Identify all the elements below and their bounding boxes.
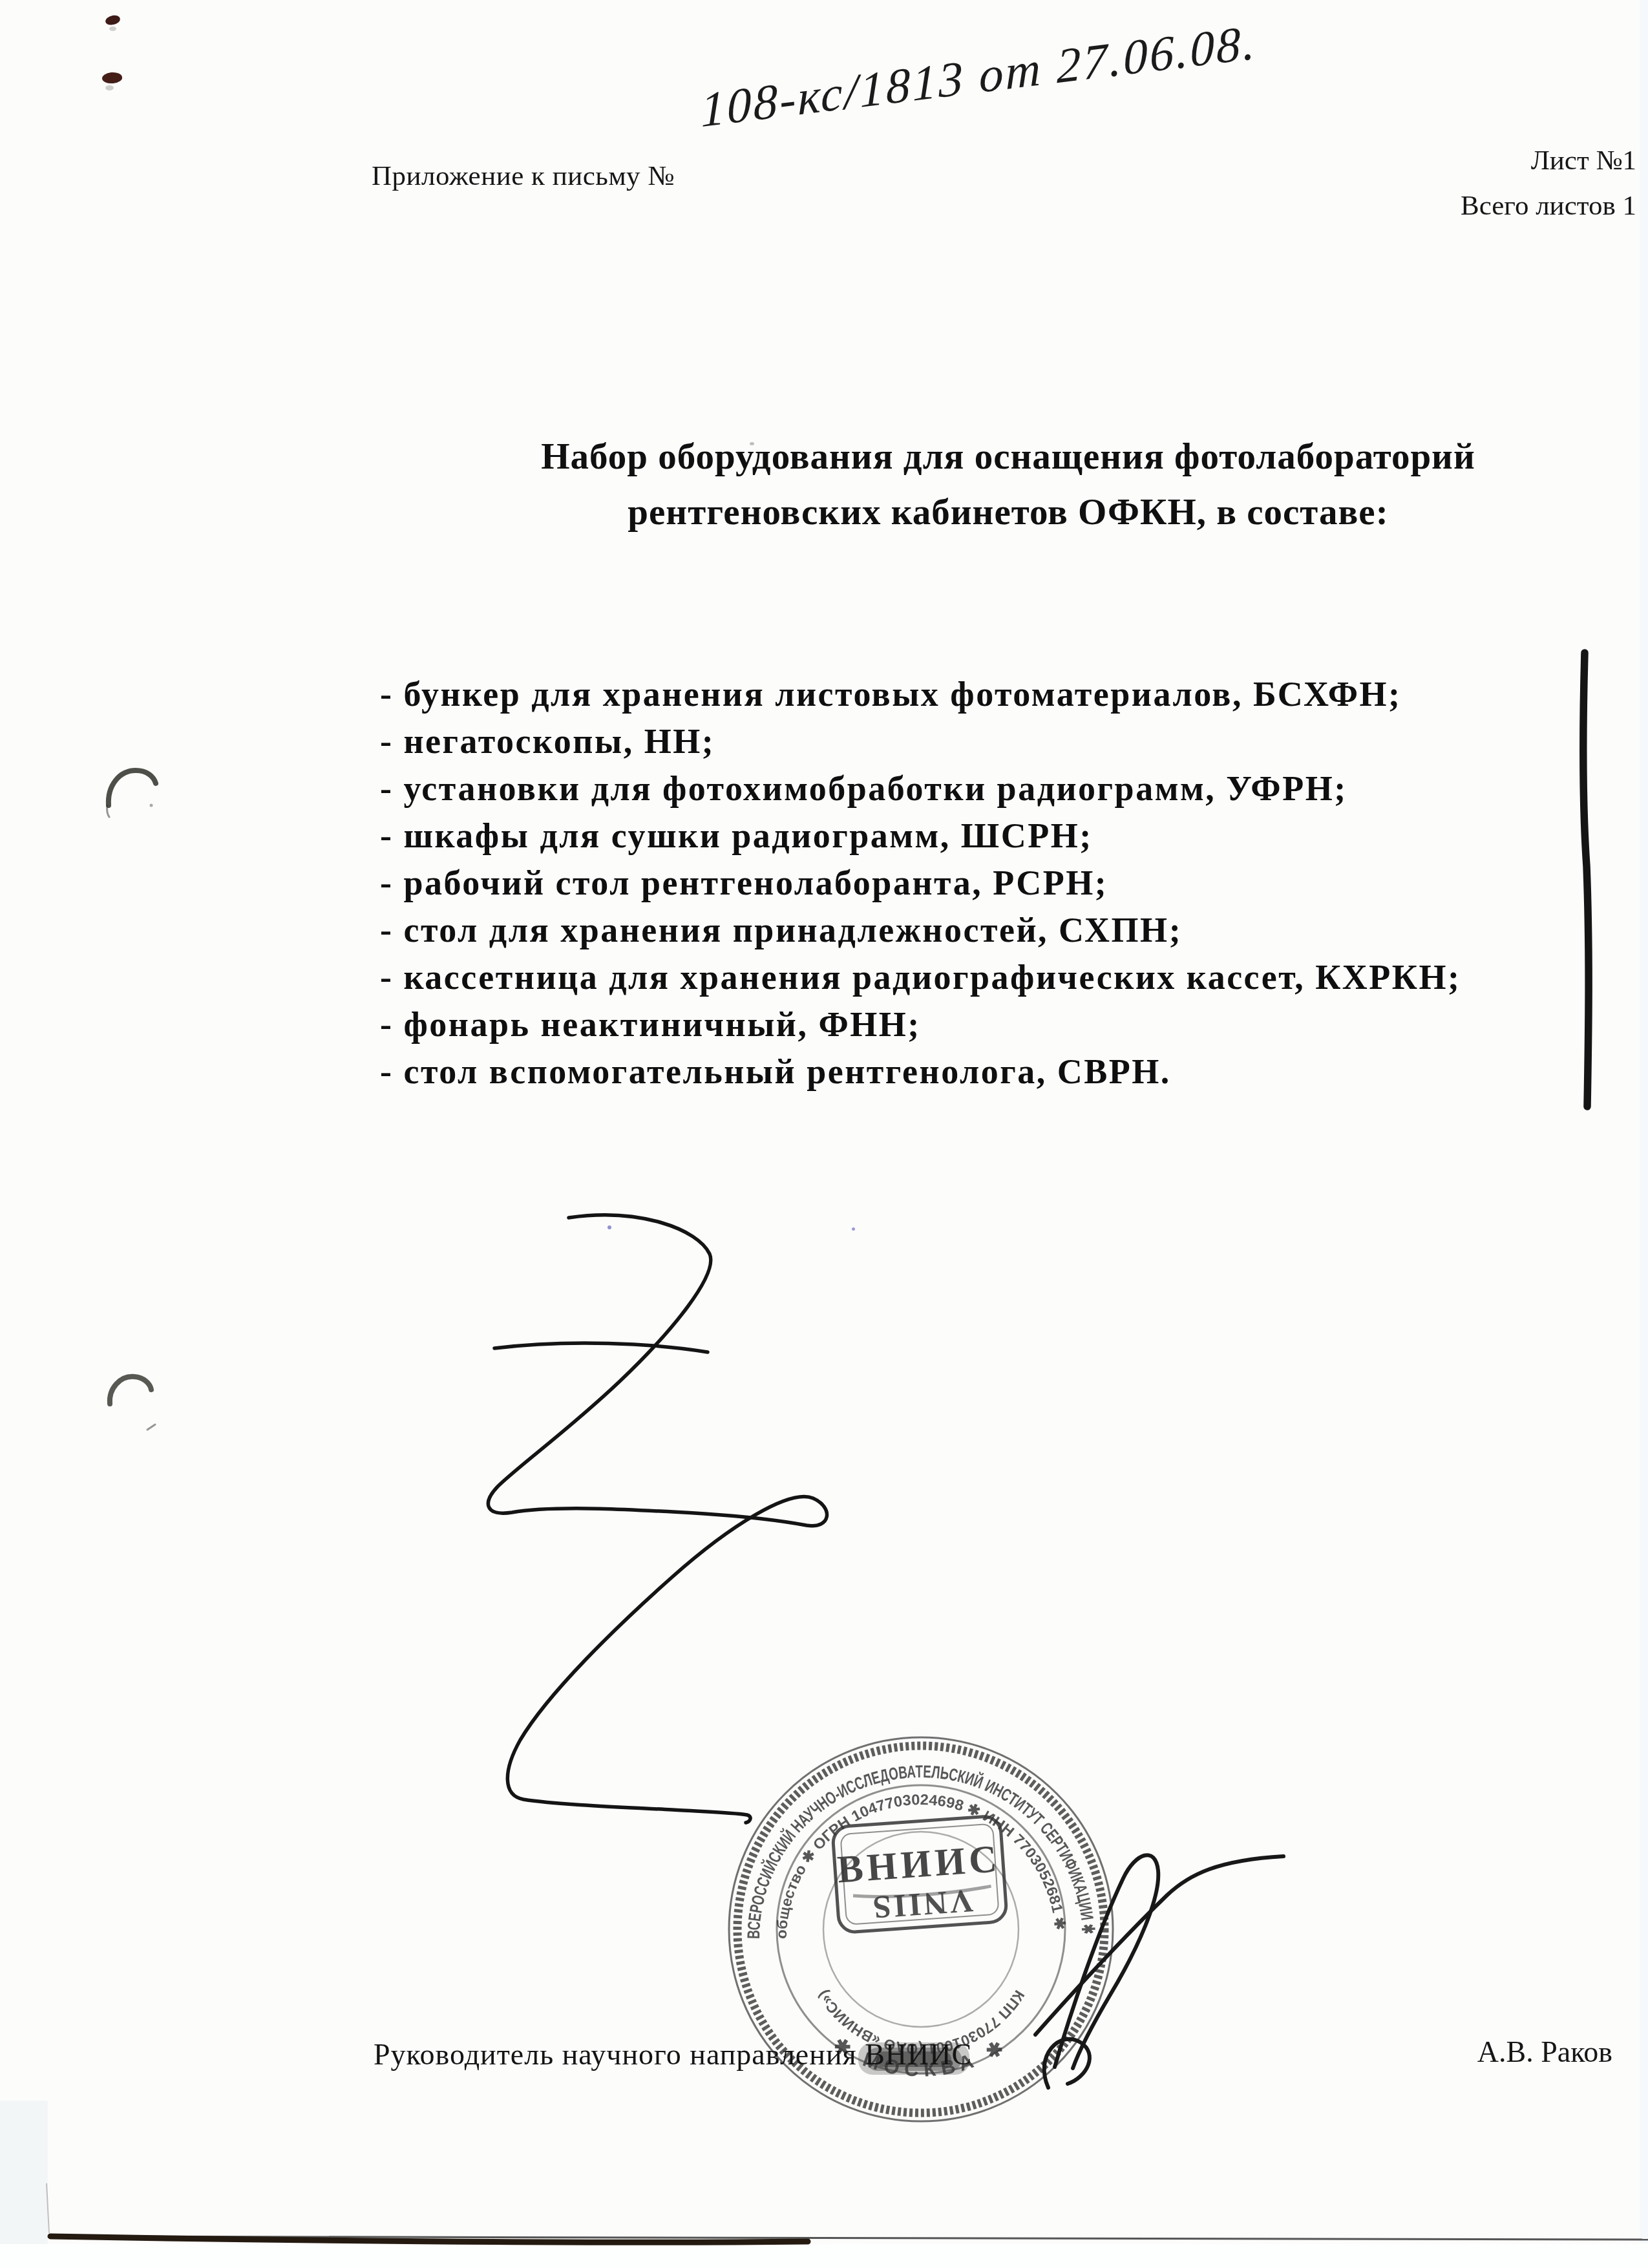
appendix-label: Приложение к письму № xyxy=(372,160,675,192)
list-item: - стол вспомогательный рентгенолога, СВР… xyxy=(380,1048,1608,1096)
scanner-background-edge xyxy=(1640,0,1648,2243)
sheet-number: Лист №1 xyxy=(1274,138,1636,184)
ink-speck xyxy=(607,1225,611,1229)
list-item: - негатоскопы, НН; xyxy=(380,718,1608,765)
list-item: - бункер для хранения листовых фотоматер… xyxy=(380,671,1608,718)
signer-name: А.В. Раков xyxy=(1225,2035,1612,2069)
page-bottom-edge xyxy=(47,2183,1648,2242)
handwritten-letter-number: 108-кс/1813 от 27.06.08. xyxy=(700,14,1257,139)
punch-hole-top xyxy=(107,770,156,817)
scan-mark-halo xyxy=(105,85,114,90)
total-sheets: Всего листов 1 xyxy=(1274,184,1636,229)
title-line-2: рентгеновских кабинетов ОФКН, в составе: xyxy=(427,485,1590,540)
scanned-document-page: Приложение к письму № 108-кс/1813 от 27.… xyxy=(0,0,1648,2268)
sheet-info: Лист №1 Всего листов 1 xyxy=(1274,138,1636,229)
ink-speck xyxy=(852,1227,855,1231)
scanner-background-bottom xyxy=(0,2244,1648,2268)
red-scan-mark-lower xyxy=(101,71,123,84)
scan-mark-halo xyxy=(109,26,116,31)
dust-speck xyxy=(750,442,754,445)
list-item: - фонарь неактиничный, ФНН; xyxy=(380,1001,1608,1048)
list-item: - установки для фотохимобработки радиогр… xyxy=(380,765,1608,812)
list-item: - стол для хранения принадлежностей, СХП… xyxy=(380,907,1608,954)
punch-hole-bottom xyxy=(110,1377,155,1430)
title-line-1: Набор оборудования для оснащения фотолаб… xyxy=(427,429,1590,485)
position-title: Руководитель научного направления ВНИИС xyxy=(374,2037,972,2072)
list-item: - кассетница для хранения радиографическ… xyxy=(380,954,1608,1001)
document-title: Набор оборудования для оснащения фотолаб… xyxy=(427,429,1590,540)
list-item: - шкафы для сушки радиограмм, ШСРН; xyxy=(380,812,1608,860)
red-scan-mark-top xyxy=(105,14,121,26)
list-item: - рабочий стол рентгенолаборанта, РСРН; xyxy=(380,860,1608,907)
stamp-center-box: ВНИИС VNIIS xyxy=(832,1816,1008,1933)
scanner-background-corner xyxy=(0,2101,48,2268)
stamp-name-en: VNIIS xyxy=(869,1883,974,1926)
equipment-list: - бункер для хранения листовых фотоматер… xyxy=(380,671,1608,1096)
stamp-name-ru: ВНИИС xyxy=(836,1837,1002,1891)
